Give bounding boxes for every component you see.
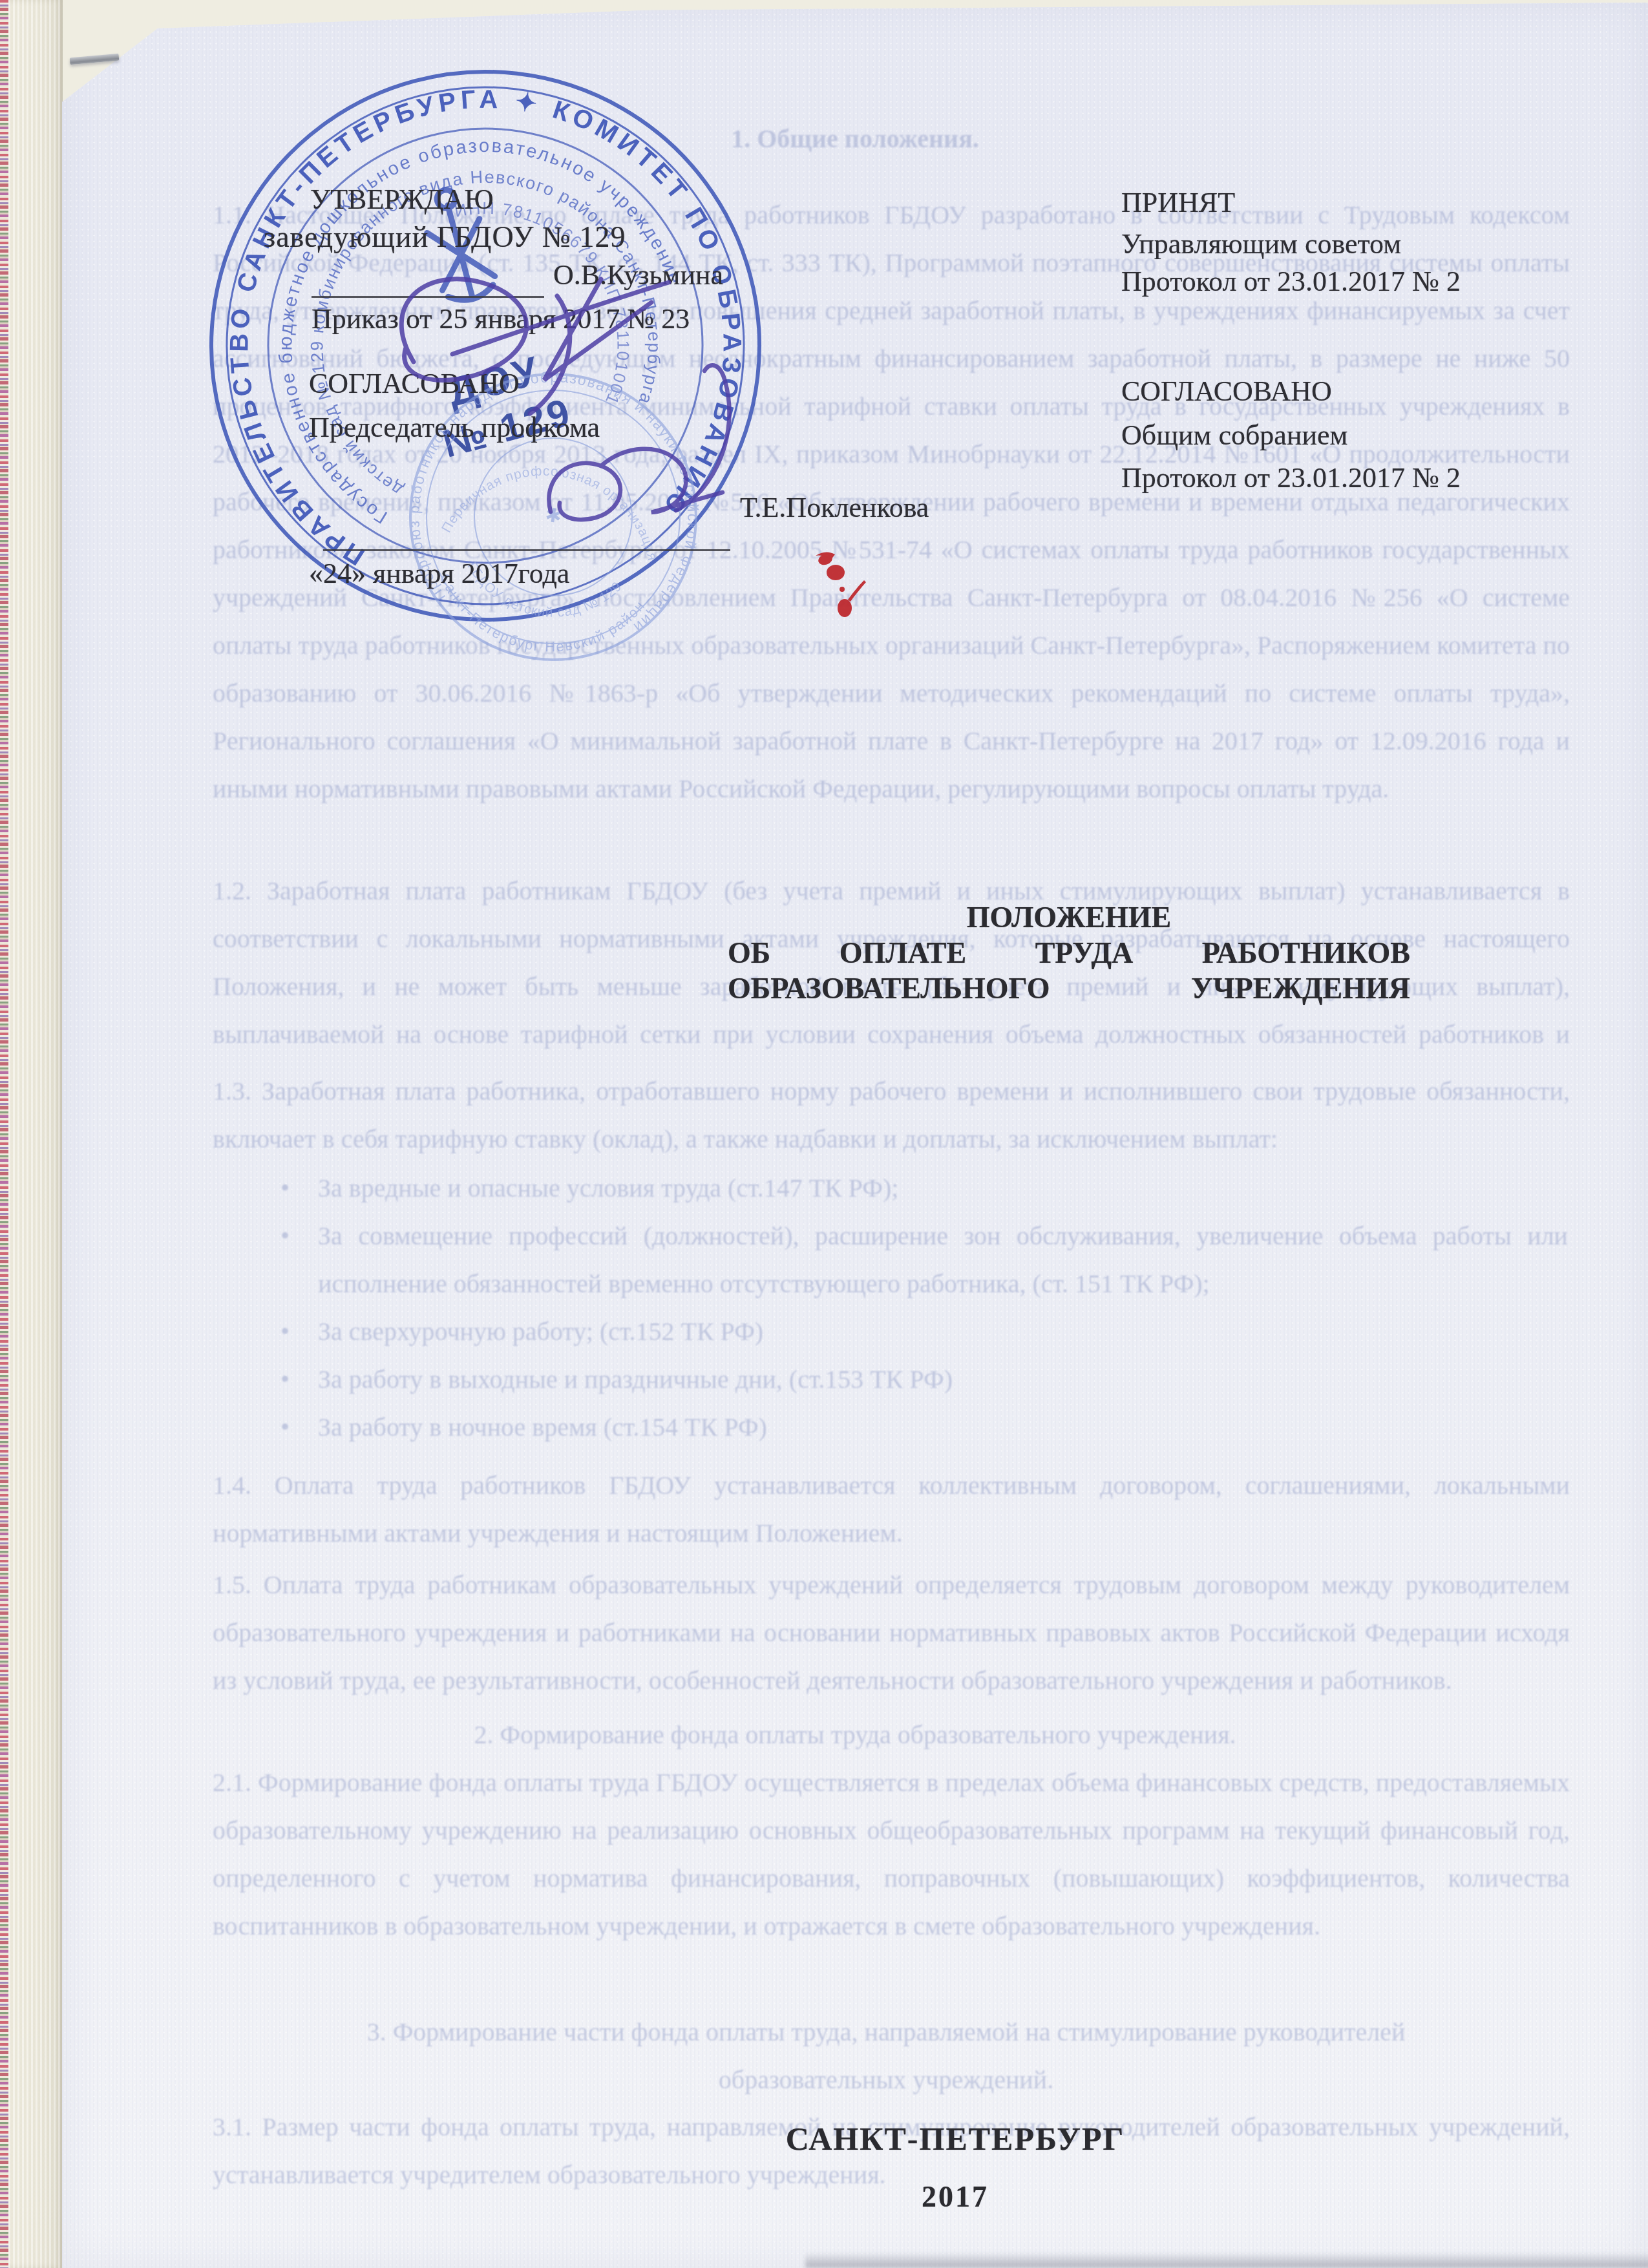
head-signature (401, 279, 669, 414)
document-title: ПОЛОЖЕНИЕ ОБ ОПЛАТЕ ТРУДА РАБОТНИКОВ ОБР… (728, 899, 1410, 1006)
paper-sheet: 1. Общие положения. 1.1. Настоящее Полож… (62, 0, 1648, 2268)
red-ink-marks (816, 552, 866, 617)
footer: САНКТ-ПЕТЕРБУРГ 2017 (723, 2121, 1188, 2214)
union-signature (549, 365, 729, 520)
footer-year: 2017 (723, 2179, 1188, 2214)
scanner-edge-band (8, 0, 63, 2268)
scanner-edge-noise (0, 0, 8, 2268)
title-line-1: ПОЛОЖЕНИЕ (728, 899, 1410, 935)
title-line-3: ОБРАЗОВАТЕЛЬНОГО УЧРЕЖДЕНИЯ (728, 971, 1410, 1006)
footer-city: САНКТ-ПЕТЕРБУРГ (723, 2121, 1188, 2156)
ink-overlay (62, 0, 1648, 2268)
title-line-2: ОБ ОПЛАТЕ ТРУДА РАБОТНИКОВ (728, 935, 1410, 971)
staple (70, 54, 120, 65)
scan-bottom-shadow (805, 2252, 1648, 2268)
scanned-document-page: 1. Общие положения. 1.1. Настоящее Полож… (0, 0, 1648, 2268)
